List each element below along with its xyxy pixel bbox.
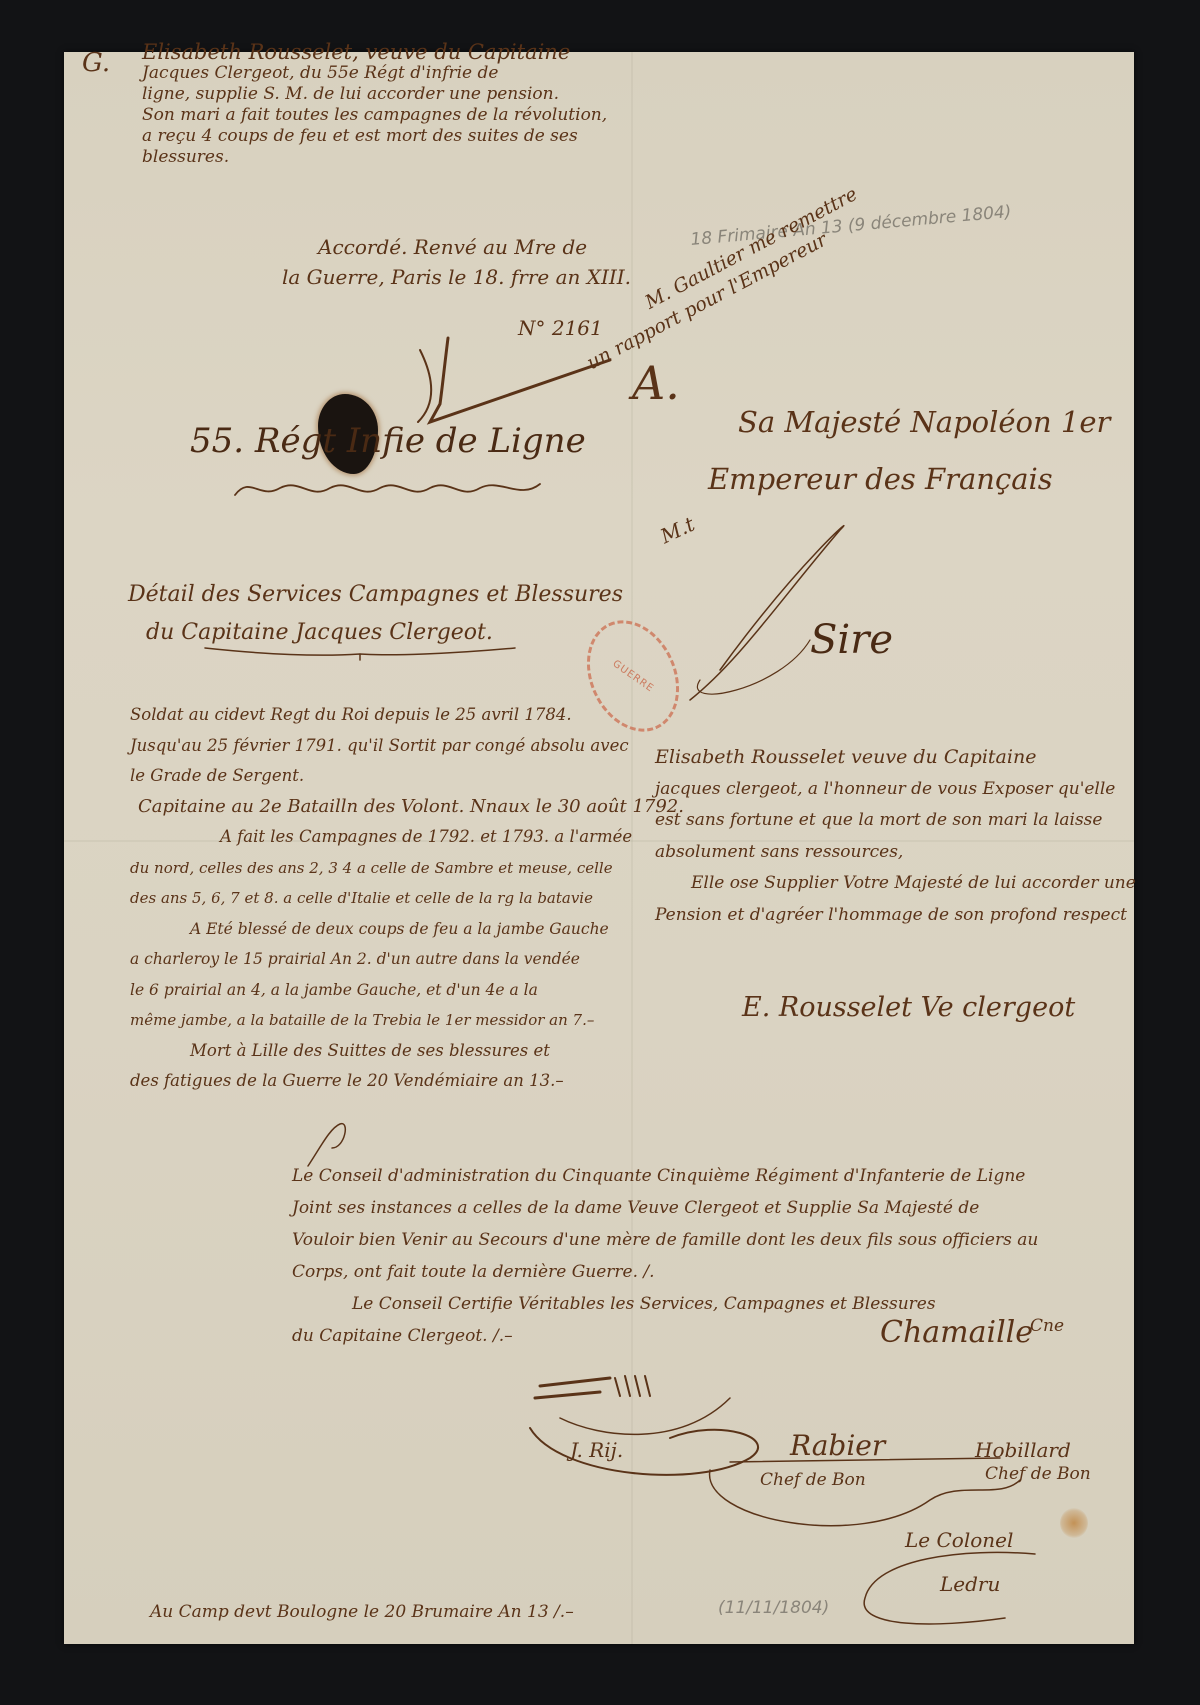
summary-line: Jacques Clergeot, du 55e Régt d'infrie d… (142, 63, 607, 84)
services-line: A fait les Campagnes de 1792. et 1793. a… (130, 822, 684, 853)
council-line: Vouloir bien Venir au Secours d'une mère… (292, 1224, 1038, 1256)
signature-hobillard: Hobillard (975, 1440, 1071, 1460)
services-line: A Eté blessé de deux coups de feu a la j… (130, 914, 684, 945)
paper-stain (1060, 1508, 1088, 1538)
petition-text: Elisabeth Rousselet veuve du Capitaine j… (655, 742, 1136, 931)
services-line: du nord, celles des ans 2, 3 4 a celle d… (130, 853, 684, 884)
ledru-flourish-icon (845, 1548, 1045, 1638)
council-line: Le Conseil d'administration du Cinquante… (292, 1160, 1038, 1192)
pencil-date-footer: (11/11/1804) (718, 1598, 829, 1618)
accord-line: la Guerre, Paris le 18. frre an XIII. (282, 262, 631, 292)
petition-line: jacques clergeot, a l'honneur de vous Ex… (655, 774, 1136, 806)
place-date: Au Camp devt Boulogne le 20 Brumaire An … (150, 1604, 574, 1621)
petition-line: absolument sans ressources, (655, 837, 1136, 869)
summary-block: Elisabeth Rousselet, veuve du Capitaine … (142, 42, 607, 168)
signature-rij: J. Rij. (570, 1440, 623, 1460)
signature-title: Cne (1030, 1318, 1064, 1335)
accord-line: Accordé. Renvé au Mre de (300, 232, 631, 262)
summary-line: Elisabeth Rousselet, veuve du Capitaine (142, 42, 607, 63)
summary-line: Son mari a fait toutes les campagnes de … (142, 105, 607, 126)
services-line: même jambe, a la bataille de la Trebia l… (130, 1005, 684, 1036)
sire-flourish-icon (660, 500, 900, 720)
petition-line: Elisabeth Rousselet veuve du Capitaine (655, 742, 1136, 774)
regiment-heading: 55. Régt Infie de Ligne (190, 424, 586, 458)
signature-chamaille: Chamaille (880, 1318, 1033, 1348)
address-line: Sa Majesté Napoléon 1er (738, 408, 1110, 437)
wave-underline-icon (230, 470, 550, 510)
services-line: Mort à Lille des Suittes de ses blessure… (130, 1036, 684, 1067)
salutation: Sire (810, 620, 893, 660)
signature-title: Chef de Bon (985, 1466, 1091, 1483)
petition-line: Pension et d'agréer l'hommage de son pro… (655, 900, 1136, 932)
widow-signature: E. Rousselet Ve clergeot (742, 994, 1075, 1021)
services-line: Soldat au cidevt Regt du Roi depuis le 2… (130, 700, 684, 731)
accord-note: Accordé. Renvé au Mre de la Guerre, Pari… (300, 232, 631, 292)
summary-line: ligne, supplie S. M. de lui accorder une… (142, 84, 607, 105)
council-line: Corps, ont fait toute la dernière Guerre… (292, 1256, 1038, 1288)
annotation-initial: A. (632, 360, 680, 406)
services-line: Capitaine au 2e Batailln des Volont. Nna… (130, 792, 684, 823)
colonel-title: Le Colonel (905, 1530, 1013, 1550)
council-line: Joint ses instances a celles de la dame … (292, 1192, 1038, 1224)
services-line: le Grade de Sergent. (130, 761, 684, 792)
services-line: le 6 prairial an 4, a la jambe Gauche, e… (130, 975, 684, 1006)
title-underline-icon (200, 644, 520, 664)
services-line: des ans 5, 6, 7 et 8. a celle d'Italie e… (130, 883, 684, 914)
address-line: Empereur des Français (708, 465, 1053, 494)
petition-line: est sans fortune et que la mort de son m… (655, 805, 1136, 837)
services-line: Jusqu'au 25 février 1791. qu'il Sortit p… (130, 731, 684, 762)
services-list: Soldat au cidevt Regt du Roi depuis le 2… (130, 700, 684, 1097)
summary-line: a reçu 4 coups de feu et est mort des su… (142, 126, 607, 147)
services-line: a charleroy le 15 prairial An 2. d'un au… (130, 944, 684, 975)
services-title: Détail des Services Campagnes et Blessur… (128, 576, 623, 652)
services-title-line: Détail des Services Campagnes et Blessur… (128, 576, 623, 614)
summary-line: blessures. (142, 147, 607, 168)
services-line: des fatigues de la Guerre le 20 Vendémia… (130, 1066, 684, 1097)
petition-line: Elle ose Supplier Votre Majesté de lui a… (655, 868, 1136, 900)
folio-number: G. (82, 50, 110, 76)
